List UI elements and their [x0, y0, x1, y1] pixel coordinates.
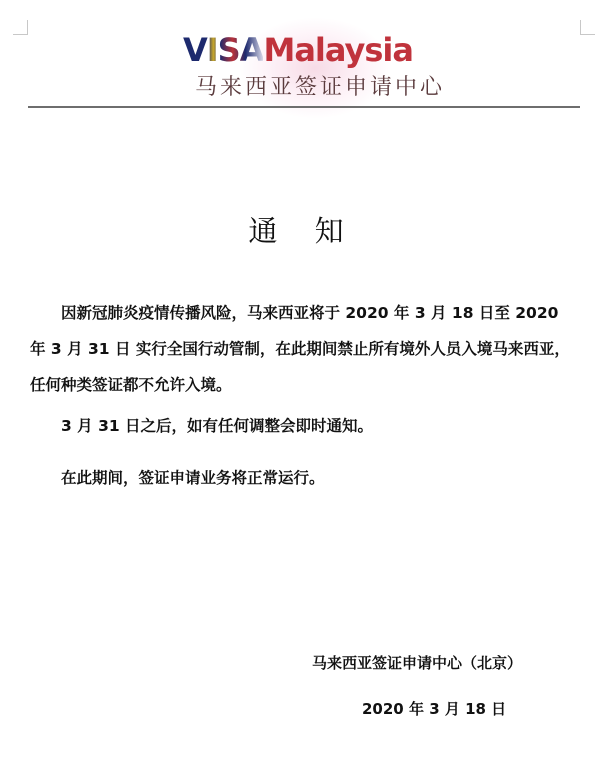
notice-title: 通 知 — [0, 209, 606, 250]
page-corner-mark-top-left — [13, 20, 28, 35]
signature-organization: 马来西亚签证申请中心（北京） — [312, 652, 522, 673]
logo-wordmark: VISAMalaysia — [183, 33, 413, 67]
logo-malaysia-text: Malaysia — [263, 31, 412, 69]
logo-subtitle: 马来西亚签证申请中心 — [195, 70, 445, 101]
visa-malaysia-logo: VISAMalaysia 马来西亚签证申请中心 — [150, 18, 460, 104]
logo-visa-text: VISA — [183, 31, 263, 69]
page-corner-mark-top-right — [580, 20, 595, 35]
notice-paragraph-2: 3 月 31 日之后，如有任何调整会即时通知。 — [61, 408, 606, 444]
signature-date: 2020 年 3 月 18 日 — [362, 698, 506, 719]
notice-paragraph-3: 在此期间，签证申请业务将正常运行。 — [61, 460, 606, 496]
notice-paragraph-1: 因新冠肺炎疫情传播风险，马来西亚将于 2020 年 3 月 18 日至 2020… — [30, 295, 578, 403]
header-divider — [28, 106, 580, 108]
